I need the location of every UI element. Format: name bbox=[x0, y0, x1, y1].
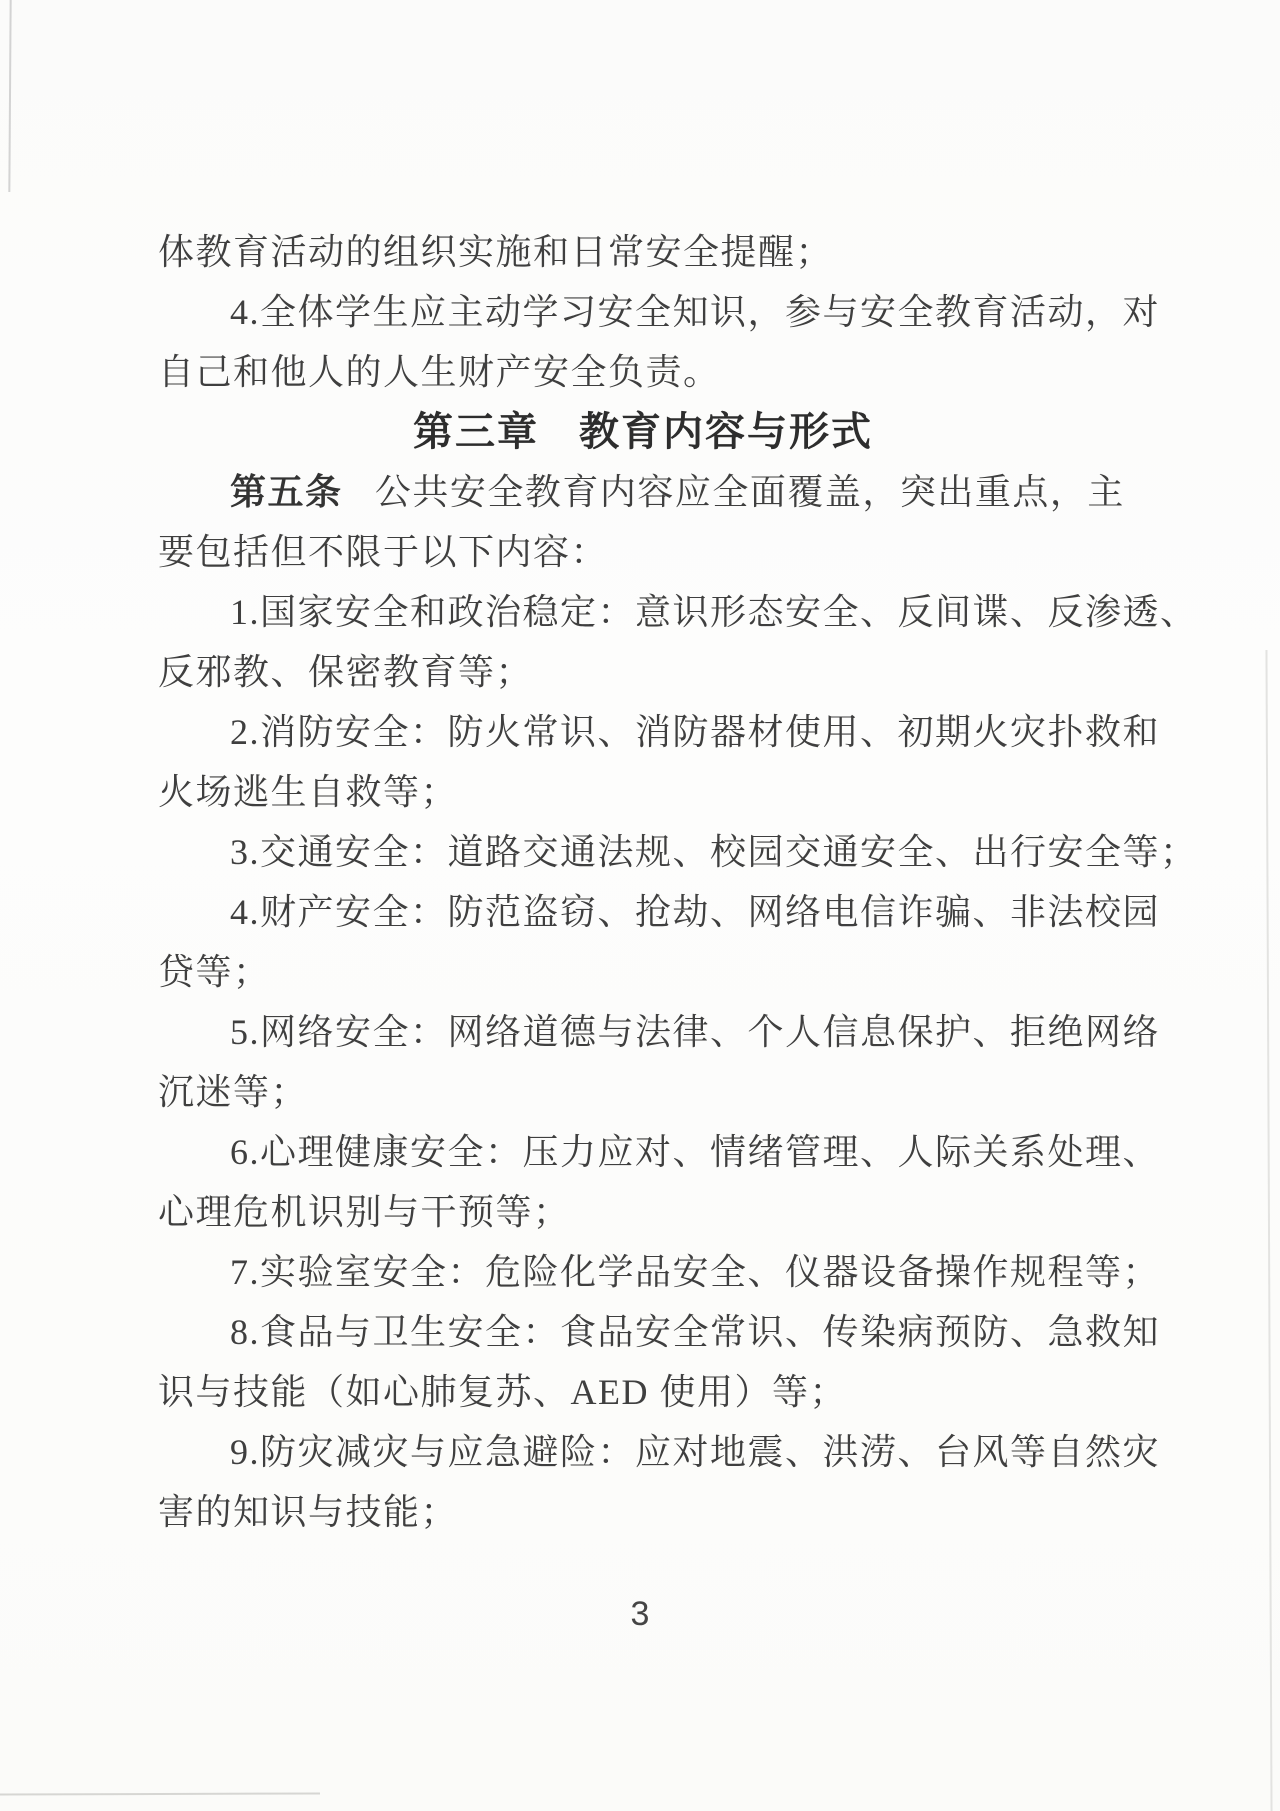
article-number: 第五条 bbox=[230, 472, 343, 512]
text-line: 沉迷等； bbox=[158, 1062, 1128, 1122]
text-line: 3.交通安全：道路交通法规、校园交通安全、出行安全等； bbox=[158, 822, 1128, 882]
text-line: 5.网络安全：网络道德与法律、个人信息保护、拒绝网络 bbox=[158, 1002, 1128, 1062]
document-page: 体教育活动的组织实施和日常安全提醒； 4.全体学生应主动学习安全知识，参与安全教… bbox=[0, 0, 1280, 1811]
article-five-line: 第五条公共安全教育内容应全面覆盖，突出重点，主 bbox=[158, 462, 1128, 522]
text-line: 反邪教、保密教育等； bbox=[158, 642, 1128, 702]
text-line: 6.心理健康安全：压力应对、情绪管理、人际关系处理、 bbox=[158, 1122, 1128, 1182]
text-line: 7.实验室安全：危险化学品安全、仪器设备操作规程等； bbox=[158, 1242, 1128, 1302]
text-line: 9.防灾减灾与应急避险：应对地震、洪涝、台风等自然灾 bbox=[158, 1422, 1128, 1482]
text-line: 自己和他人的人生财产安全负责。 bbox=[158, 342, 1128, 402]
text-line: 害的知识与技能； bbox=[158, 1482, 1128, 1542]
scan-artifact-bottom-line bbox=[0, 1792, 320, 1795]
text-line: 心理危机识别与干预等； bbox=[158, 1182, 1128, 1242]
page-number: 3 bbox=[0, 1594, 1280, 1634]
text-line: 贷等； bbox=[158, 942, 1128, 1002]
chapter-number: 第三章 bbox=[413, 410, 539, 454]
text-line: 1.国家安全和政治稳定：意识形态安全、反间谍、反渗透、 bbox=[158, 582, 1128, 642]
text-line: 识与技能（如心肺复苏、AED 使用）等； bbox=[158, 1362, 1128, 1422]
text-line: 要包括但不限于以下内容： bbox=[158, 522, 1128, 582]
document-text-block: 体教育活动的组织实施和日常安全提醒； 4.全体学生应主动学习安全知识，参与安全教… bbox=[158, 222, 1128, 1542]
text-line: 4.财产安全：防范盗窃、抢劫、网络电信诈骗、非法校园 bbox=[158, 882, 1128, 942]
text-line: 体教育活动的组织实施和日常安全提醒； bbox=[158, 222, 1128, 282]
text-line: 火场逃生自救等； bbox=[158, 762, 1128, 822]
scan-artifact-left-line bbox=[8, 0, 11, 192]
text-line: 4.全体学生应主动学习安全知识，参与安全教育活动，对 bbox=[158, 282, 1128, 342]
chapter-heading: 第三章教育内容与形式 bbox=[158, 402, 1128, 462]
scan-artifact-right-line bbox=[1265, 650, 1272, 1811]
article-text: 公共安全教育内容应全面覆盖，突出重点，主 bbox=[375, 472, 1125, 512]
text-line: 2.消防安全：防火常识、消防器材使用、初期火灾扑救和 bbox=[158, 702, 1128, 762]
text-line: 8.食品与卫生安全：食品安全常识、传染病预防、急救知 bbox=[158, 1302, 1128, 1362]
chapter-title: 教育内容与形式 bbox=[579, 410, 873, 454]
